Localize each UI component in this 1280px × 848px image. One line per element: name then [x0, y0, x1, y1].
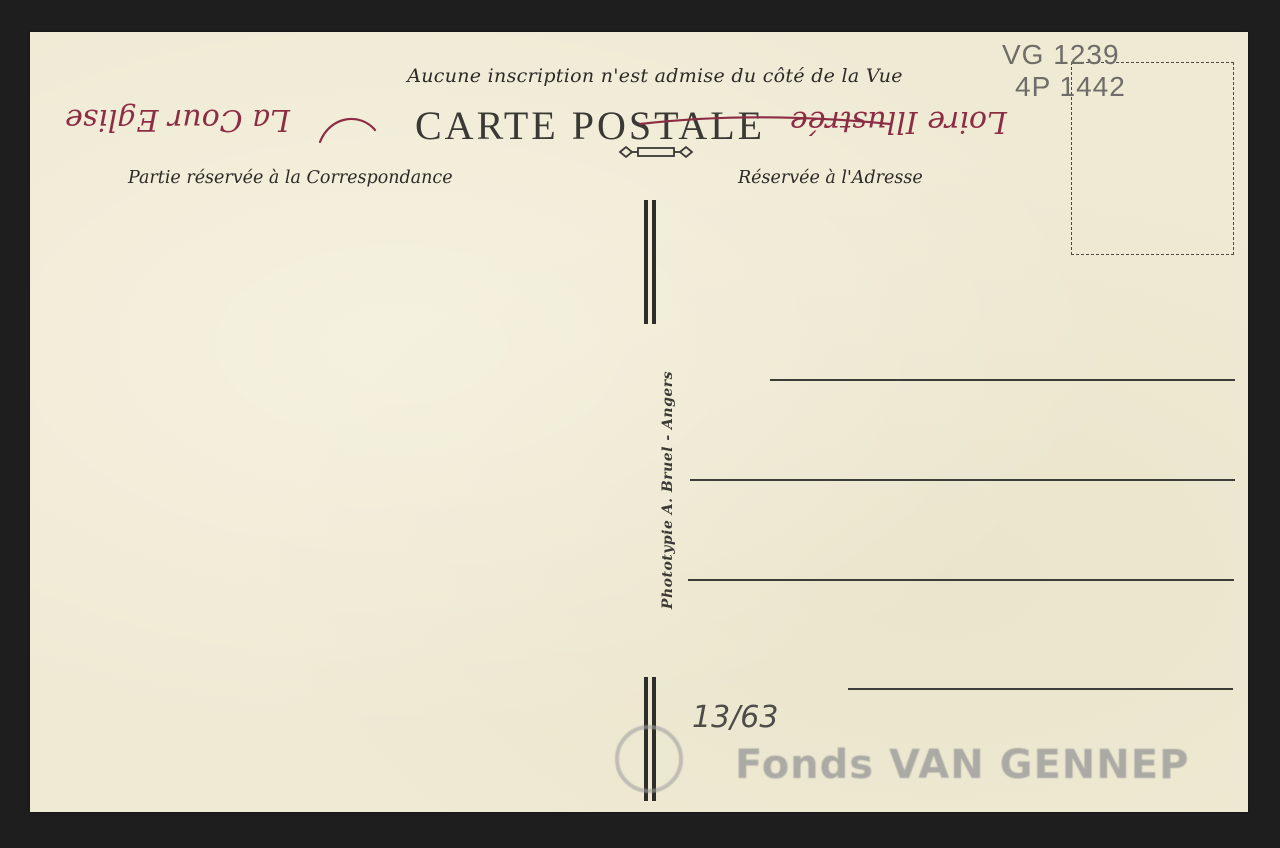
card-title: CARTE POSTALE [415, 102, 765, 149]
postcard: Aucune inscription n'est admise du côté … [30, 32, 1248, 812]
address-line [688, 579, 1234, 581]
address-label: Réservée à l'Adresse [738, 168, 923, 188]
pencil-reference-2: 4P 1442 [1015, 72, 1126, 102]
address-line [770, 379, 1235, 381]
round-stamp-icon [615, 725, 683, 793]
printer-credit: Phototypie A. Bruel - Angers [660, 360, 676, 620]
handwritten-ink-left: La Cour Eglise [65, 102, 290, 137]
address-line [690, 479, 1235, 481]
address-line [848, 688, 1233, 690]
correspondence-label: Partie réservée à la Correspondance [128, 168, 453, 188]
ornament-icon [618, 145, 698, 159]
archive-stamp: Fonds VAN GENNEP [735, 742, 1189, 788]
pencil-reference-1: VG 1239 [1002, 40, 1120, 70]
divider-line [652, 200, 656, 324]
divider-line [644, 200, 648, 324]
handwritten-ink-right: Loire Illustrée [790, 104, 1007, 139]
pencil-number: 13/63 [692, 700, 778, 735]
notice-text: Aucune inscription n'est admise du côté … [355, 65, 955, 87]
